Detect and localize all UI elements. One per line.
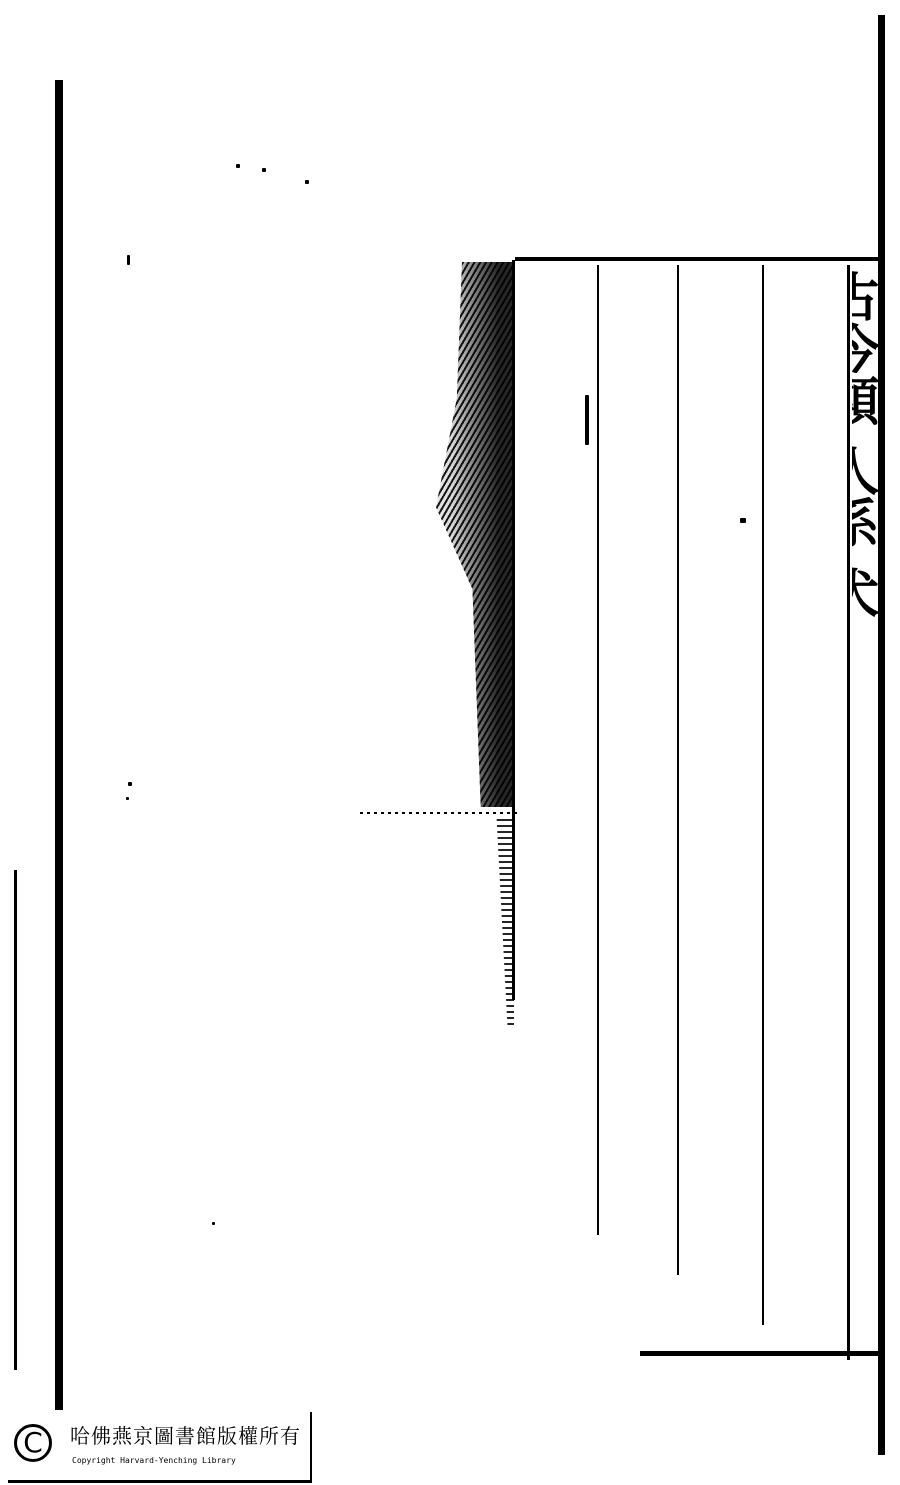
fold-line	[360, 812, 520, 814]
ink-speck	[212, 1222, 215, 1225]
ink-speck	[126, 797, 129, 800]
column-divider	[677, 265, 679, 1275]
scanned-page: 古今類 人系 犬 C 哈佛燕京圖書館版權所有 Copyright Harvard…	[0, 0, 900, 1485]
ink-speck	[305, 180, 309, 184]
vertical-title-text: 古今類 人系 犬	[852, 270, 882, 710]
ink-speck	[127, 255, 130, 265]
frame-top-border	[515, 257, 885, 261]
copyright-icon: C	[14, 1424, 52, 1462]
ink-speck	[740, 518, 746, 523]
scan-shadow-upper	[410, 262, 514, 807]
left-binding-line	[55, 80, 63, 1410]
stamp-chinese-text: 哈佛燕京圖書館版權所有	[70, 1420, 301, 1449]
column-divider	[847, 265, 850, 1360]
stamp-english-text: Copyright Harvard-Yenching Library	[72, 1456, 236, 1465]
ink-speck	[262, 168, 266, 172]
ink-speck	[128, 782, 132, 786]
right-page-edge	[878, 15, 885, 1455]
scan-shadow-lower	[470, 815, 514, 1025]
copyright-stamp: C 哈佛燕京圖書館版權所有 Copyright Harvard-Yenching…	[8, 1412, 312, 1483]
ink-mark	[585, 395, 589, 445]
outer-left-edge-line	[14, 870, 17, 1370]
column-divider	[597, 265, 599, 1235]
column-divider	[762, 265, 764, 1325]
ink-speck	[236, 164, 240, 168]
